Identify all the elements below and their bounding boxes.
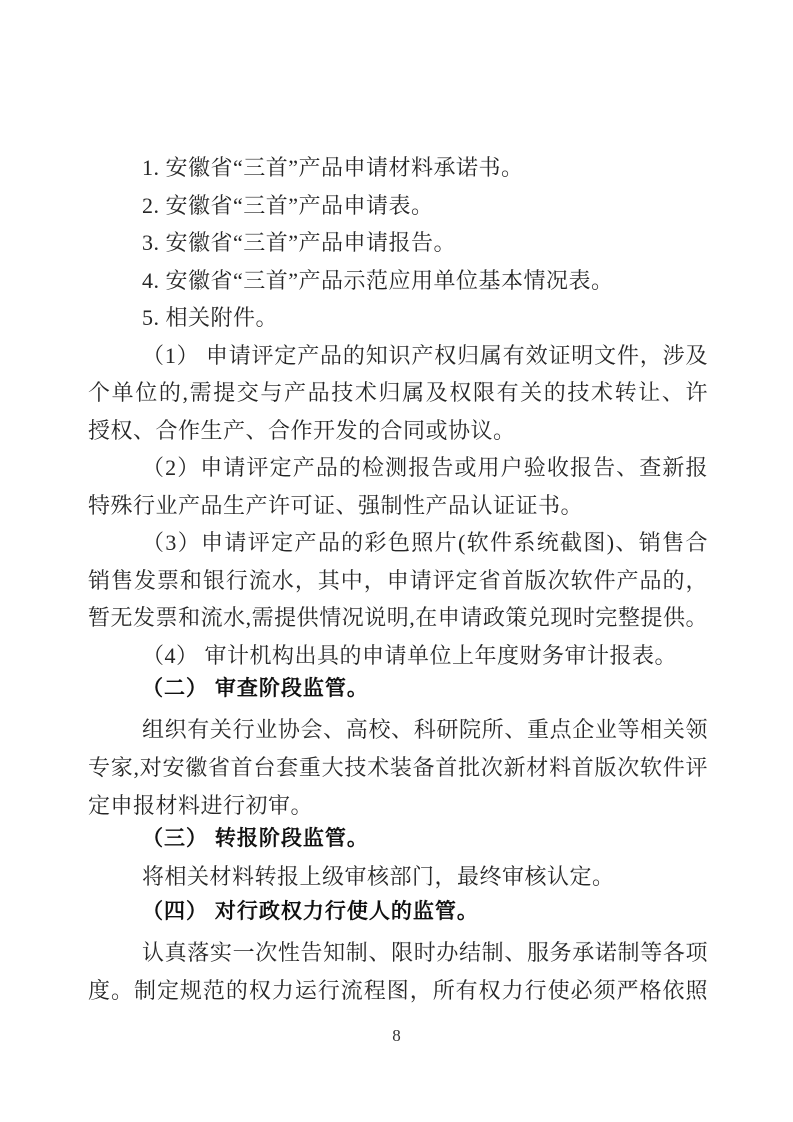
paragraph-line: 销售发票和银行流水，其中，申请评定省首版次软件产品的，如 <box>88 568 708 595</box>
paragraph-line: 定申报材料进行初审。 <box>88 793 708 820</box>
list-item: 2. 安徽省“三首”产品申请表。 <box>142 193 708 220</box>
paragraph-line: 度。制定规范的权力运行流程图，所有权力行使必须严格依照程 <box>88 978 708 1005</box>
paragraph-line: （1） 申请评定产品的知识产权归属有效证明文件，涉及多 <box>142 343 708 370</box>
list-item: 3. 安徽省“三首”产品申请报告。 <box>142 230 708 257</box>
paragraph-line: 暂无发票和流水,需提供情况说明,在申请政策兑现时完整提供。 <box>88 605 708 632</box>
document-page: 1. 安徽省“三首”产品申请材料承诺书。 2. 安徽省“三首”产品申请表。 3.… <box>0 0 793 1122</box>
paragraph-line: （3）申请评定产品的彩色照片(软件系统截图)、销售合同、 <box>142 530 708 557</box>
section-heading-review-stage: （二） 审查阶段监管。 <box>142 676 708 703</box>
paragraph-line: 个单位的,需提交与产品技术归属及权限有关的技术转让、许可、 <box>88 380 708 407</box>
paragraph-line: 专家,对安徽省首台套重大技术装备首批次新材料首版次软件评 <box>88 755 708 782</box>
paragraph-line: （2）申请评定产品的检测报告或用户验收报告、查新报告， <box>142 455 708 482</box>
paragraph-line: 认真落实一次性告知制、限时办结制、服务承诺制等各项制 <box>142 940 708 967</box>
list-item: 5. 相关附件。 <box>142 305 708 332</box>
list-item: 1. 安徽省“三首”产品申请材料承诺书。 <box>142 155 708 182</box>
paragraph-line: （4） 审计机构出具的申请单位上年度财务审计报表。 <box>142 643 708 670</box>
page-number: 8 <box>0 1026 793 1046</box>
paragraph-line: 组织有关行业协会、高校、科研院所、重点企业等相关领域 <box>142 717 708 744</box>
section-heading-power-holder-supervision: （四） 对行政权力行使人的监管。 <box>142 899 708 926</box>
paragraph-line: 授权、合作生产、合作开发的合同或协议。 <box>88 418 708 445</box>
paragraph-line: 特殊行业产品生产许可证、强制性产品认证证书。 <box>88 493 708 520</box>
section-heading-forwarding-stage: （三） 转报阶段监管。 <box>142 826 708 853</box>
list-item: 4. 安徽省“三首”产品示范应用单位基本情况表。 <box>142 268 708 295</box>
paragraph-line: 将相关材料转报上级审核部门，最终审核认定。 <box>142 864 708 891</box>
